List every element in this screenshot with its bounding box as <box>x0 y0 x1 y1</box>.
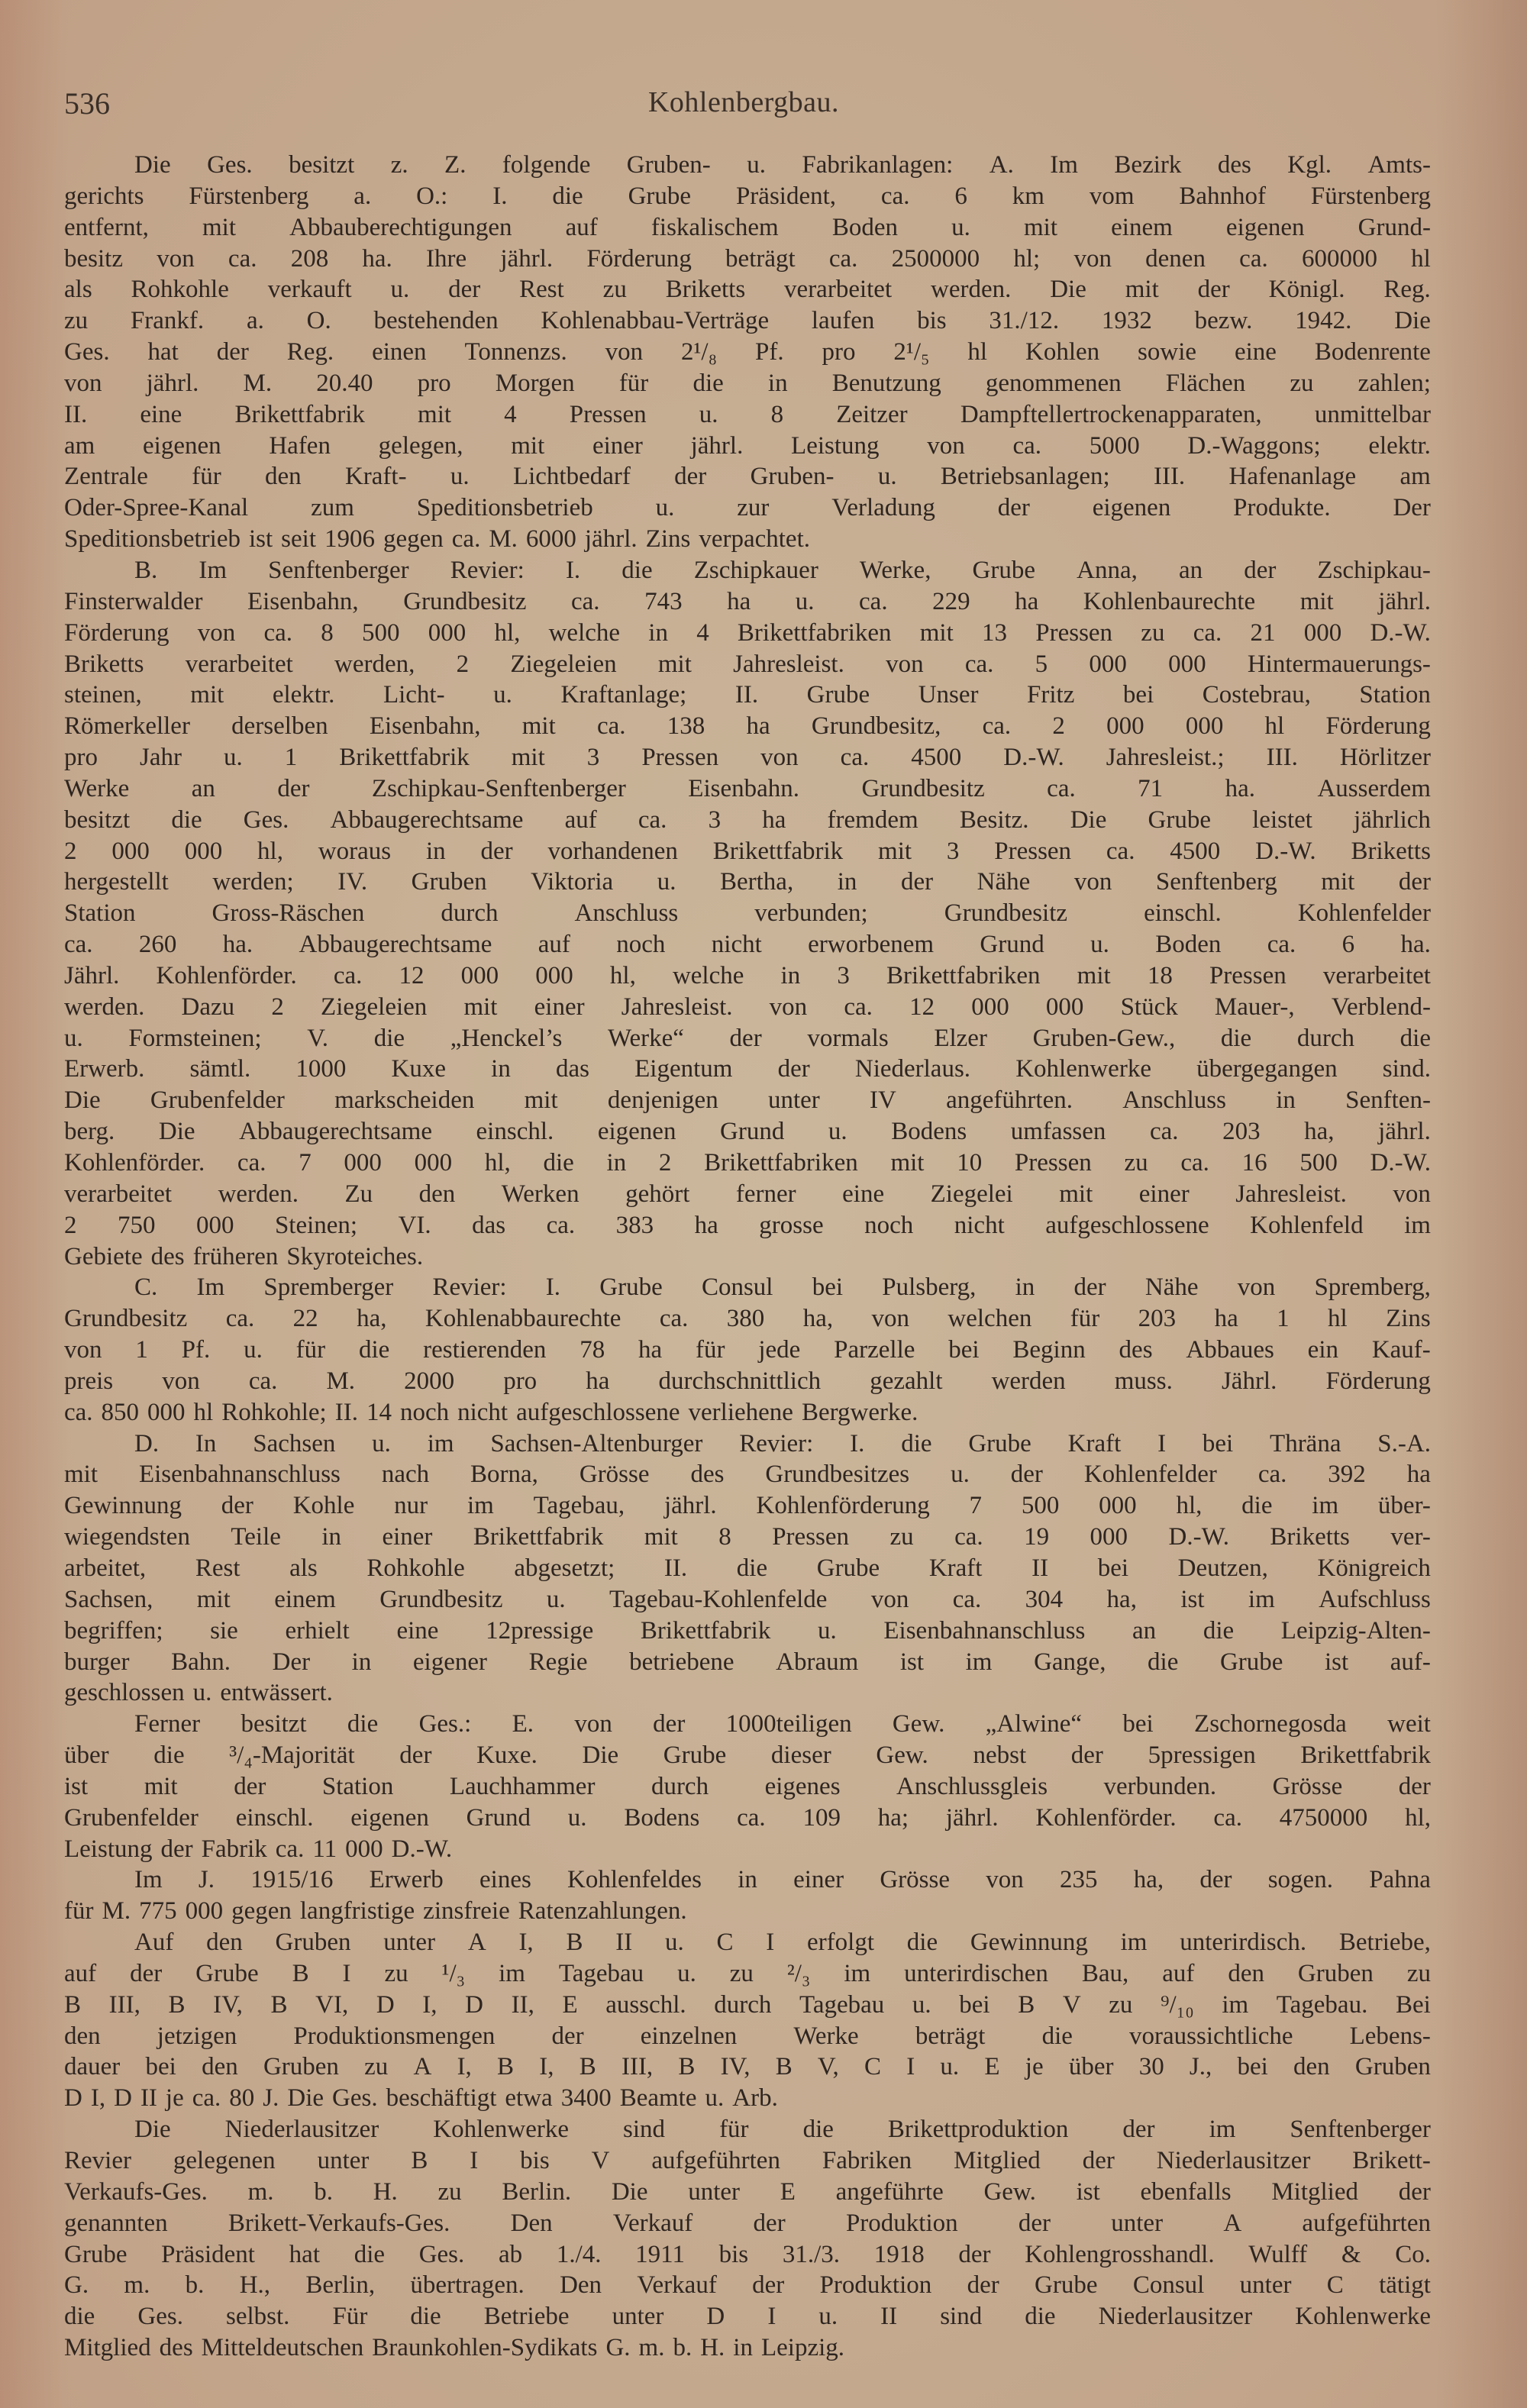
text-line: genanntenBrikett-Verkaufs-Ges.DenVerkauf… <box>64 2208 1431 2239</box>
text-line: berg.DieAbbaugerechtsameeinschl.eigenenG… <box>64 1116 1431 1148</box>
text-line: 2000000hl,worausindervorhandenenBrikettf… <box>64 836 1431 867</box>
text-line: GebietedesfrüherenSkyroteiches. <box>64 1241 1431 1273</box>
text-line: Sachsen,miteinemGrundbesitzu.Tagebau-Koh… <box>64 1584 1431 1616</box>
text-line: Jährl.Kohlenförder.ca.12000000hl,welchei… <box>64 960 1431 992</box>
text-line: RömerkellerderselbenEisenbahn,mitca.138h… <box>64 711 1431 742</box>
text-line: DieNiederlausitzerKohlenwerkesindfürdieB… <box>64 2114 1431 2145</box>
text-line: besitztdieGes.Abbaugerechtsameaufca.3haf… <box>64 805 1431 836</box>
text-line: mitEisenbahnanschlussnachBorna,Grössedes… <box>64 1459 1431 1490</box>
text-line: von1Pf.u.fürdierestierenden78hafürjedePa… <box>64 1335 1431 1366</box>
text-line: fürM.775000gegenlangfristigezinsfreieRat… <box>64 1896 1431 1927</box>
text-line: Verkaufs-Ges.m.b.H.zuBerlin.DieunterEang… <box>64 2177 1431 2208</box>
text-line: AufdenGrubenunterAI,BIIu.CIerfolgtdieGew… <box>64 1927 1431 1958</box>
body-text: DieGes.besitztz.Z.folgendeGruben-u.Fabri… <box>64 150 1431 2364</box>
text-line: entfernt,mitAbbauberechtigungenauffiskal… <box>64 212 1431 244</box>
text-line: u.Formsteinen;V.die„Henckel’sWerke“dervo… <box>64 1023 1431 1054</box>
text-line: MitglieddesMitteldeutschenBraunkohlen-Sy… <box>64 2332 1431 2364</box>
text-line: Oder-Spree-KanalzumSpeditionsbetriebu.zu… <box>64 492 1431 524</box>
text-line: besitzvonca.208ha.Ihrejährl.Förderungbet… <box>64 244 1431 275</box>
text-line: vonjährl.M.20.40proMorgenfürdieinBenutzu… <box>64 368 1431 399</box>
text-line: II.eineBrikettfabrikmit4Pressenu.8Zeitze… <box>64 399 1431 431</box>
text-line: zuFrankf.a.O.bestehendenKohlenabbau-Vert… <box>64 305 1431 337</box>
page-header: 536 Kohlenbergbau. <box>64 86 1423 124</box>
text-line: verarbeitetwerden.ZudenWerkengehörtferne… <box>64 1179 1431 1210</box>
text-line: 2750000Steinen;VI.dasca.383hagrossenochn… <box>64 1210 1431 1241</box>
text-line: Kohlenförder.ca.7000000hl,diein2Brikettf… <box>64 1148 1431 1179</box>
text-line: ca.850000hlRohkohle;II.14nochnichtaufges… <box>64 1397 1431 1428</box>
text-line: GewinnungderKohlenurimTagebau,jährl.Kohl… <box>64 1490 1431 1522</box>
text-line: StationGross-RäschendurchAnschlussverbun… <box>64 898 1431 929</box>
book-page: 536 Kohlenbergbau. DieGes.besitztz.Z.fol… <box>0 0 1527 2408</box>
text-line: hergestelltwerden;IV.GrubenViktoriau.Ber… <box>64 867 1431 898</box>
text-line: D.InSachsenu.imSachsen-AltenburgerRevier… <box>64 1428 1431 1460</box>
text-line: B.ImSenftenbergerRevier:I.dieZschipkauer… <box>64 555 1431 586</box>
text-line: ameigenenHafengelegen,miteinerjährl.Leis… <box>64 431 1431 462</box>
text-line: preisvonca.M.2000prohadurchschnittlichge… <box>64 1366 1431 1397</box>
text-line: steinen,mitelektr.Licht-u.Kraftanlage;II… <box>64 679 1431 711</box>
text-line: Brikettsverarbeitetwerden,2Ziegeleienmit… <box>64 649 1431 680</box>
text-line: werden.Dazu2ZiegeleienmiteinerJahresleis… <box>64 992 1431 1023</box>
text-line: aufderGrubeBIzu¹/₃imTagebauu.zu²/₃imunte… <box>64 1958 1431 1990</box>
text-line: begriffen;sieerhielteine12pressigeBriket… <box>64 1616 1431 1647</box>
text-line: LeistungderFabrikca.11000D.-W. <box>64 1834 1431 1865</box>
text-line: gerichtsFürstenberga.O.:I.dieGrubePräsid… <box>64 181 1431 212</box>
text-line: dieGes.selbst.FürdieBetriebeunterDIu.IIs… <box>64 2301 1431 2332</box>
text-line: arbeitet,RestalsRohkohleabgesetzt;II.die… <box>64 1553 1431 1584</box>
text-line: Förderungvonca.8500000hl,welchein4Briket… <box>64 618 1431 649</box>
text-line: BIII,BIV,BVI,DI,DII,Eausschl.durchTageba… <box>64 1990 1431 2021</box>
text-line: ZentralefürdenKraft-u.LichtbedarfderGrub… <box>64 461 1431 492</box>
text-line: GrubePräsidenthatdieGes.ab1./4.1911bis31… <box>64 2239 1431 2271</box>
text-line: wiegendstenTeileineinerBrikettfabrikmit8… <box>64 1522 1431 1553</box>
text-line: überdie³/₄-MajoritätderKuxe.DieGrubedies… <box>64 1740 1431 1771</box>
text-line: FinsterwalderEisenbahn,Grundbesitzca.743… <box>64 586 1431 618</box>
text-line: DI,DIIjeca.80J.DieGes.beschäftigtetwa340… <box>64 2083 1431 2114</box>
text-line: ReviergelegenenunterBIbisVaufgeführtenFa… <box>64 2145 1431 2177</box>
text-line: ca.260ha.Abbaugerechtsameaufnochnichterw… <box>64 929 1431 960</box>
text-line: ImJ.1915/16ErwerbeinesKohlenfeldesineine… <box>64 1864 1431 1896</box>
text-line: alsRohkohleverkauftu.derRestzuBrikettsve… <box>64 274 1431 305</box>
text-line: dauerbeidenGrubenzuAI,BI,BIII,BIV,BV,CIu… <box>64 2051 1431 2083</box>
text-line: Speditionsbetriebistseit1906gegenca.M.60… <box>64 524 1431 555</box>
text-line: DieGes.besitztz.Z.folgendeGruben-u.Fabri… <box>64 150 1431 181</box>
text-line: Grubenfeldereinschl.eigenenGrundu.Bodens… <box>64 1803 1431 1834</box>
running-title: Kohlenbergbau. <box>64 86 1423 119</box>
text-line: Grundbesitzca.22ha,Kohlenabbaurechteca.3… <box>64 1303 1431 1335</box>
text-line: Ges.hatderReg.einenTonnenzs.von2¹/₈Pf.pr… <box>64 337 1431 368</box>
text-line: WerkeanderZschipkau-SenftenbergerEisenba… <box>64 773 1431 805</box>
text-line: C.ImSprembergerRevier:I.GrubeConsulbeiPu… <box>64 1272 1431 1303</box>
text-line: FernerbesitztdieGes.:E.vonder1000teilige… <box>64 1709 1431 1740</box>
text-line: proJahru.1Brikettfabrikmit3Pressenvonca.… <box>64 742 1431 773</box>
text-line: Erwerb.sämtl.1000KuxeindasEigentumderNie… <box>64 1054 1431 1085</box>
text-line: G.m.b.H.,Berlin,übertragen.DenVerkaufder… <box>64 2270 1431 2301</box>
text-line: geschlossenu.entwässert. <box>64 1677 1431 1709</box>
text-line: denjetzigenProduktionsmengendereinzelnen… <box>64 2021 1431 2052</box>
text-line: DieGrubenfeldermarkscheidenmitdenjenigen… <box>64 1085 1431 1116</box>
text-line: burgerBahn.DerineigenerRegiebetriebeneAb… <box>64 1647 1431 1678</box>
text-line: istmitderStationLauchhammerdurcheigenesA… <box>64 1771 1431 1803</box>
